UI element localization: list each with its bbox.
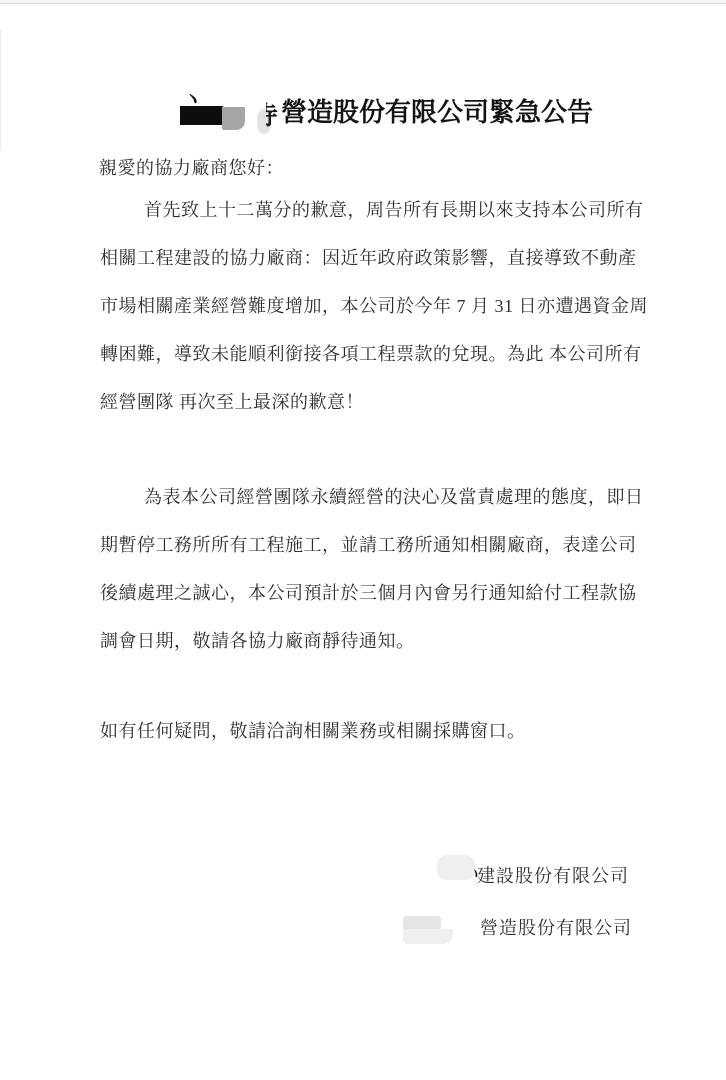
body-line: 首先致上十二萬分的歉意，周告所有長期以來支持本公司所有 [100,186,660,234]
paragraph-1: 首先致上十二萬分的歉意，周告所有長期以來支持本公司所有 相關工程建設的協力廠商：… [100,186,660,426]
body-line: 期暫停工務所所有工程施工，並請工務所通知相關廠商，表達公司 [100,521,660,569]
body-line: 後續處理之誠心，本公司預計於三個月內會另行通知給付工程款協 [100,569,660,617]
title-partial-glyph: 寺 [266,96,279,128]
signature-2-redaction-blob-top [403,916,441,930]
title-redaction-gray-box [222,107,245,130]
body-line: 相關工程建設的協力廠商：因近年政府政策影響，直接導致不動產 [100,234,660,282]
title-redaction-black-box [180,106,223,125]
body-line: 如有任何疑問，敬請洽詢相關業務或相關採購窗口。 [100,707,660,755]
scan-top-border [0,3,726,4]
title-partial-glyph-char: 寺 [266,96,278,128]
scanned-letter-page: 丶 寺 營造股份有限公司緊急公告 親愛的協力廠商您好： 首先致上十二萬分的歉意，… [0,0,726,1080]
body-line: 為表本公司經營團隊永續經營的決心及當責處理的態度，即日 [100,473,660,521]
signature-company-1: 建設股份有限公司 [477,862,629,888]
signature-2-redaction-blob-bottom [403,929,453,944]
page-title: 營造股份有限公司緊急公告 [281,92,593,129]
paragraph-3: 如有任何疑問，敬請洽詢相關業務或相關採購窗口。 [100,707,660,755]
paragraph-2: 為表本公司經營團隊永續經營的決心及當責處理的態度，即日 期暫停工務所所有工程施工… [100,473,660,665]
body-line: 市場相關產業經營難度增加，本公司於今年 7 月 31 日亦遭遇資金周 [100,282,660,330]
greeting-line: 親愛的協力廠商您好： [99,154,284,180]
signature-company-2: 營造股份有限公司 [480,914,632,940]
body-line: 經營團隊 再次至上最深的歉意！ [100,378,660,426]
body-line: 轉困難，導致未能順利銜接各項工程票款的兌現。為此 本公司所有 [100,330,660,378]
body-line: 調會日期，敬請各協力廠商靜待通知。 [100,617,660,665]
scan-left-edge-artifact [0,30,1,150]
